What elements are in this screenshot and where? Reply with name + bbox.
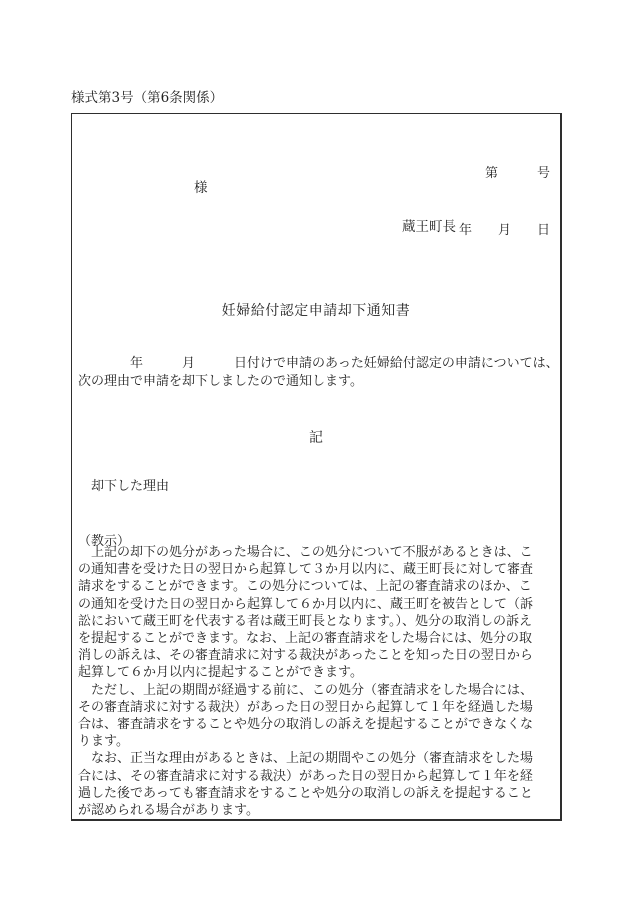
addressee-honorific: 様 [194,176,208,196]
ki-marker: 記 [72,427,560,447]
document-title: 妊婦給付認定申請却下通知書 [72,300,560,320]
rejection-reason-label: 却下した理由 [78,475,169,494]
document-number-line: 第 号 [459,164,550,183]
document-border-box: 第 号 年 月 日 様 蔵王町長 妊婦給付認定申請却下通知書 年 月 日付けで申… [71,113,562,821]
form-style-label: 様式第3号（第6条関係） [71,90,223,106]
date-line: 年 月 日 [459,221,550,240]
kyoji-section-text: 上記の却下の処分があった場合に、この処分について不服があるときは、こ の通知書を… [78,544,533,819]
document-page: 様式第3号（第6条関係） 第 号 年 月 日 様 蔵王町長 妊婦給付認定申請却下… [0,0,630,903]
doc-number-date-block: 第 号 年 月 日 [459,126,550,278]
notification-body: 年 月 日付けで申請のあった妊婦給付認定の申請については、 次の理由で申請を却下… [78,355,559,390]
sender-title: 蔵王町長 [402,215,456,235]
